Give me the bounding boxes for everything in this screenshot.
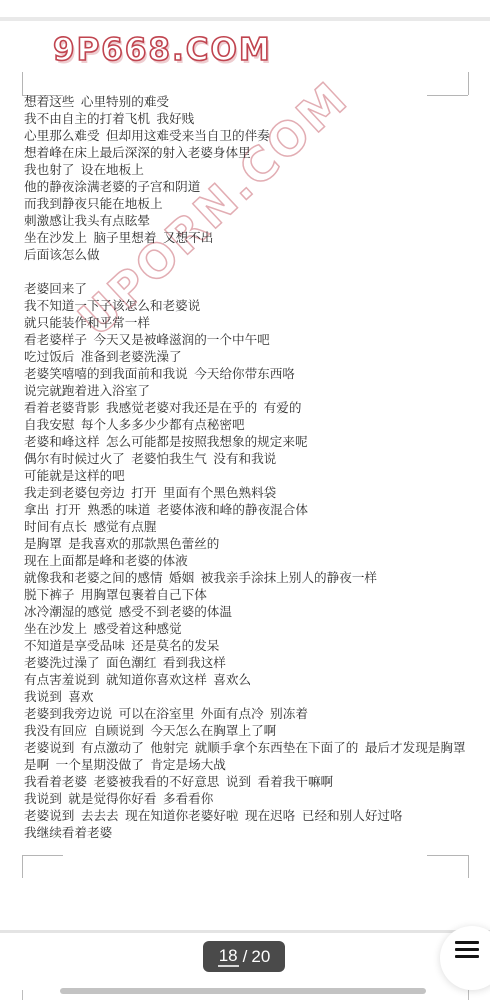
text-line: 而我到静夜只能在地板上 [24,196,479,213]
text-line: 我看着老婆 老婆被我看的不好意思 说到 看着我干嘛啊 [24,774,479,791]
text-line: 吃过饭后 准备到老婆洗澡了 [24,349,479,366]
text-line [24,264,479,281]
text-line: 坐在沙发上 脑子里想着 又想不出 [24,230,479,247]
text-line: 现在上面都是峰和老婆的体液 [24,553,479,570]
reader-page: 9P668.COM UPORN.COM 想着这些 心里特别的难受我不由自主的打着… [0,0,490,1000]
text-line: 脱下裤子 用胸罩包裹着自己下体 [24,587,479,604]
bottom-divider [0,930,490,933]
text-line: 我不知道一下子该怎么和老婆说 [24,298,479,315]
text-line: 他的静夜涂满老婆的子宫和阴道 [24,179,479,196]
page-separator: / [243,947,248,967]
text-line: 老婆和峰这样 怎么可能都是按照我想象的规定来呢 [24,434,479,451]
text-line: 时间有点长 感觉有点腥 [24,519,479,536]
page-indicator[interactable]: 18 / 20 [203,941,285,972]
total-pages: 20 [251,947,270,967]
progress-bar[interactable] [60,988,426,994]
text-line: 刺激感让我头有点眩晕 [24,213,479,230]
text-line: 是啊 一个星期没做了 肯定是场大战 [24,757,479,774]
text-line: 我说到 喜欢 [24,689,479,706]
text-line: 我继续看着老婆 [24,825,479,842]
text-line: 偶尔有时候过火了 老婆怕我生气 没有和我说 [24,451,479,468]
text-line: 看老婆样子 今天又是被峰滋润的一个中午吧 [24,332,479,349]
text-line: 说完就跑着进入浴室了 [24,383,479,400]
text-line: 后面该怎么做 [24,247,479,264]
text-line: 有点害羞说到 就知道你喜欢这样 喜欢么 [24,672,479,689]
text-line: 我走到老婆包旁边 打开 里面有个黑色熟料袋 [24,485,479,502]
novel-text: 想着这些 心里特别的难受我不由自主的打着飞机 我好贱心里那么难受 但却用这难受来… [24,94,479,842]
top-divider [0,17,490,21]
text-line: 可能就是这样的吧 [24,468,479,485]
text-line: 心里那么难受 但却用这难受来当自卫的伴奏 [24,128,479,145]
text-line: 老婆说到 有点激动了 他射完 就顺手拿个东西垫在下面了的 最后才发现是胸罩 [24,740,479,757]
text-line: 就只能装作和平常一样 [24,315,479,332]
text-line: 我也射了 设在地板上 [24,162,479,179]
text-line: 坐在沙发上 感受着这种感觉 [24,621,479,638]
site-logo: 9P668.COM [53,32,272,68]
text-line: 老婆笑嘻嘻的到我面前和我说 今天给你带东西咯 [24,366,479,383]
next-page-corner-left [22,990,23,1000]
text-line: 老婆洗过澡了 面色潮红 看到我这样 [24,655,479,672]
hamburger-icon[interactable] [455,941,479,959]
next-page-corner-right [468,990,469,1000]
text-line: 老婆到我旁边说 可以在浴室里 外面有点冷 别冻着 [24,706,479,723]
text-line: 想着峰在床上最后深深的射入老婆身体里 [24,145,479,162]
text-line: 看着老婆背影 我感觉老婆对我还是在乎的 有爱的 [24,400,479,417]
text-line: 老婆说到 去去去 现在知道你老婆好啦 现在迟咯 已经和别人好过咯 [24,808,479,825]
text-line: 我不由自主的打着飞机 我好贱 [24,111,479,128]
text-line: 不知道是享受品味 还是莫名的发呆 [24,638,479,655]
text-line: 自我安慰 每个人多多少少都有点秘密吧 [24,417,479,434]
text-line: 想着这些 心里特别的难受 [24,94,479,111]
text-line: 是胸罩 是我喜欢的那款黑色蕾丝的 [24,536,479,553]
text-line: 我没有回应 自顾说到 今天怎么在胸罩上了啊 [24,723,479,740]
current-page-input[interactable]: 18 [218,946,239,967]
text-line: 拿出 打开 熟悉的味道 老婆体液和峰的静夜混合体 [24,502,479,519]
text-line: 老婆回来了 [24,281,479,298]
text-line: 冰冷潮湿的感觉 感受不到老婆的体温 [24,604,479,621]
text-line: 就像我和老婆之间的感情 婚姻 被我亲手涂抹上别人的静夜一样 [24,570,479,587]
text-line: 我说到 就是觉得你好看 多看看你 [24,791,479,808]
